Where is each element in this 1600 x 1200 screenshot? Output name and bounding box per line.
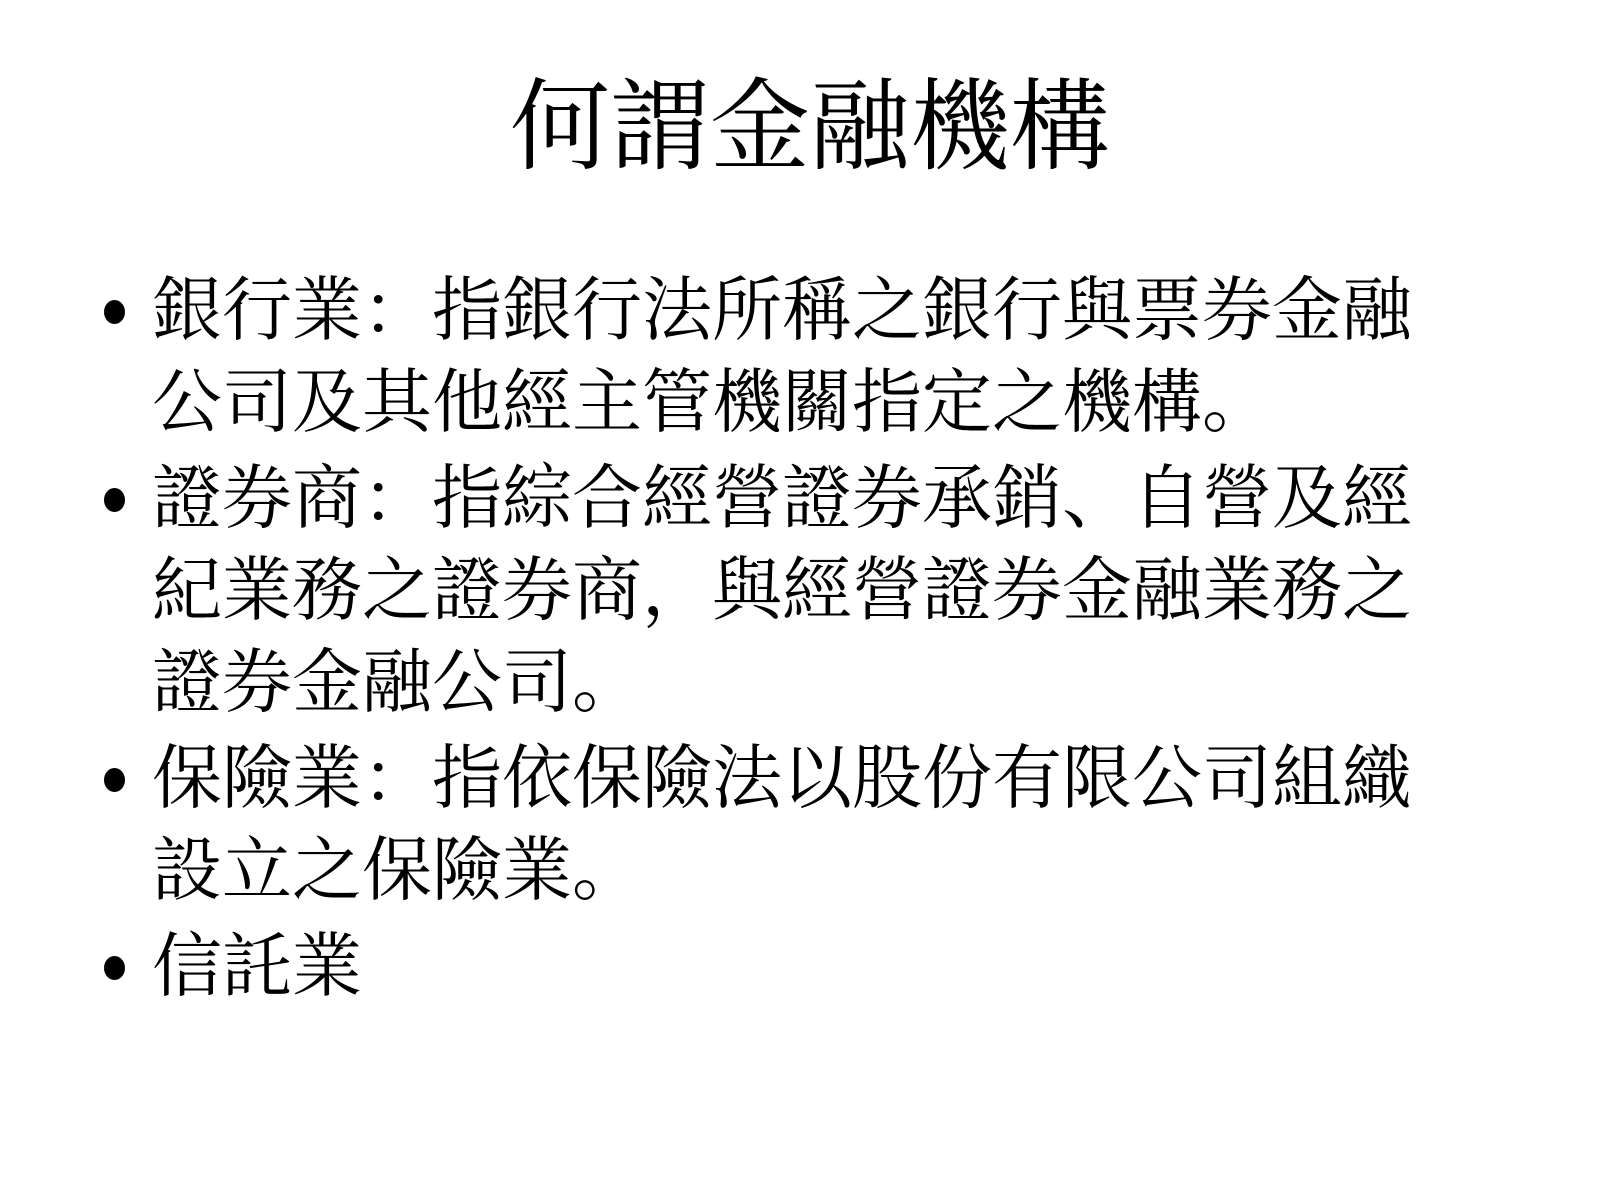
bullet-icon bbox=[104, 768, 125, 792]
bullet-text: 信託業 bbox=[152, 920, 1422, 1012]
bullet-text: 證券商：指綜合經營證券承銷、自營及經紀業務之證券商，與經營證券金融業務之證券金融… bbox=[152, 452, 1422, 728]
bullet-text: 銀行業：指銀行法所稱之銀行與票券金融公司及其他經主管機關指定之機構。 bbox=[152, 264, 1422, 448]
slide-title: 何謂金融機構 bbox=[100, 68, 1520, 186]
bullet-icon bbox=[104, 488, 125, 512]
bullet-text: 保險業：指依保險法以股份有限公司組織設立之保險業。 bbox=[152, 732, 1422, 916]
bullet-icon bbox=[104, 300, 125, 324]
bullet-list: 銀行業：指銀行法所稱之銀行與票券金融公司及其他經主管機關指定之機構。 證券商：指… bbox=[100, 264, 1440, 1012]
bullet-item-banking: 銀行業：指銀行法所稱之銀行與票券金融公司及其他經主管機關指定之機構。 bbox=[100, 264, 1430, 448]
bullet-item-trust: 信託業 bbox=[100, 920, 1430, 1012]
bullet-item-insurance: 保險業：指依保險法以股份有限公司組織設立之保險業。 bbox=[100, 732, 1430, 916]
bullet-icon bbox=[104, 956, 125, 980]
bullet-item-securities: 證券商：指綜合經營證券承銷、自營及經紀業務之證券商，與經營證券金融業務之證券金融… bbox=[100, 452, 1430, 728]
presentation-slide: 何謂金融機構 銀行業：指銀行法所稱之銀行與票券金融公司及其他經主管機關指定之機構… bbox=[0, 0, 1600, 1200]
